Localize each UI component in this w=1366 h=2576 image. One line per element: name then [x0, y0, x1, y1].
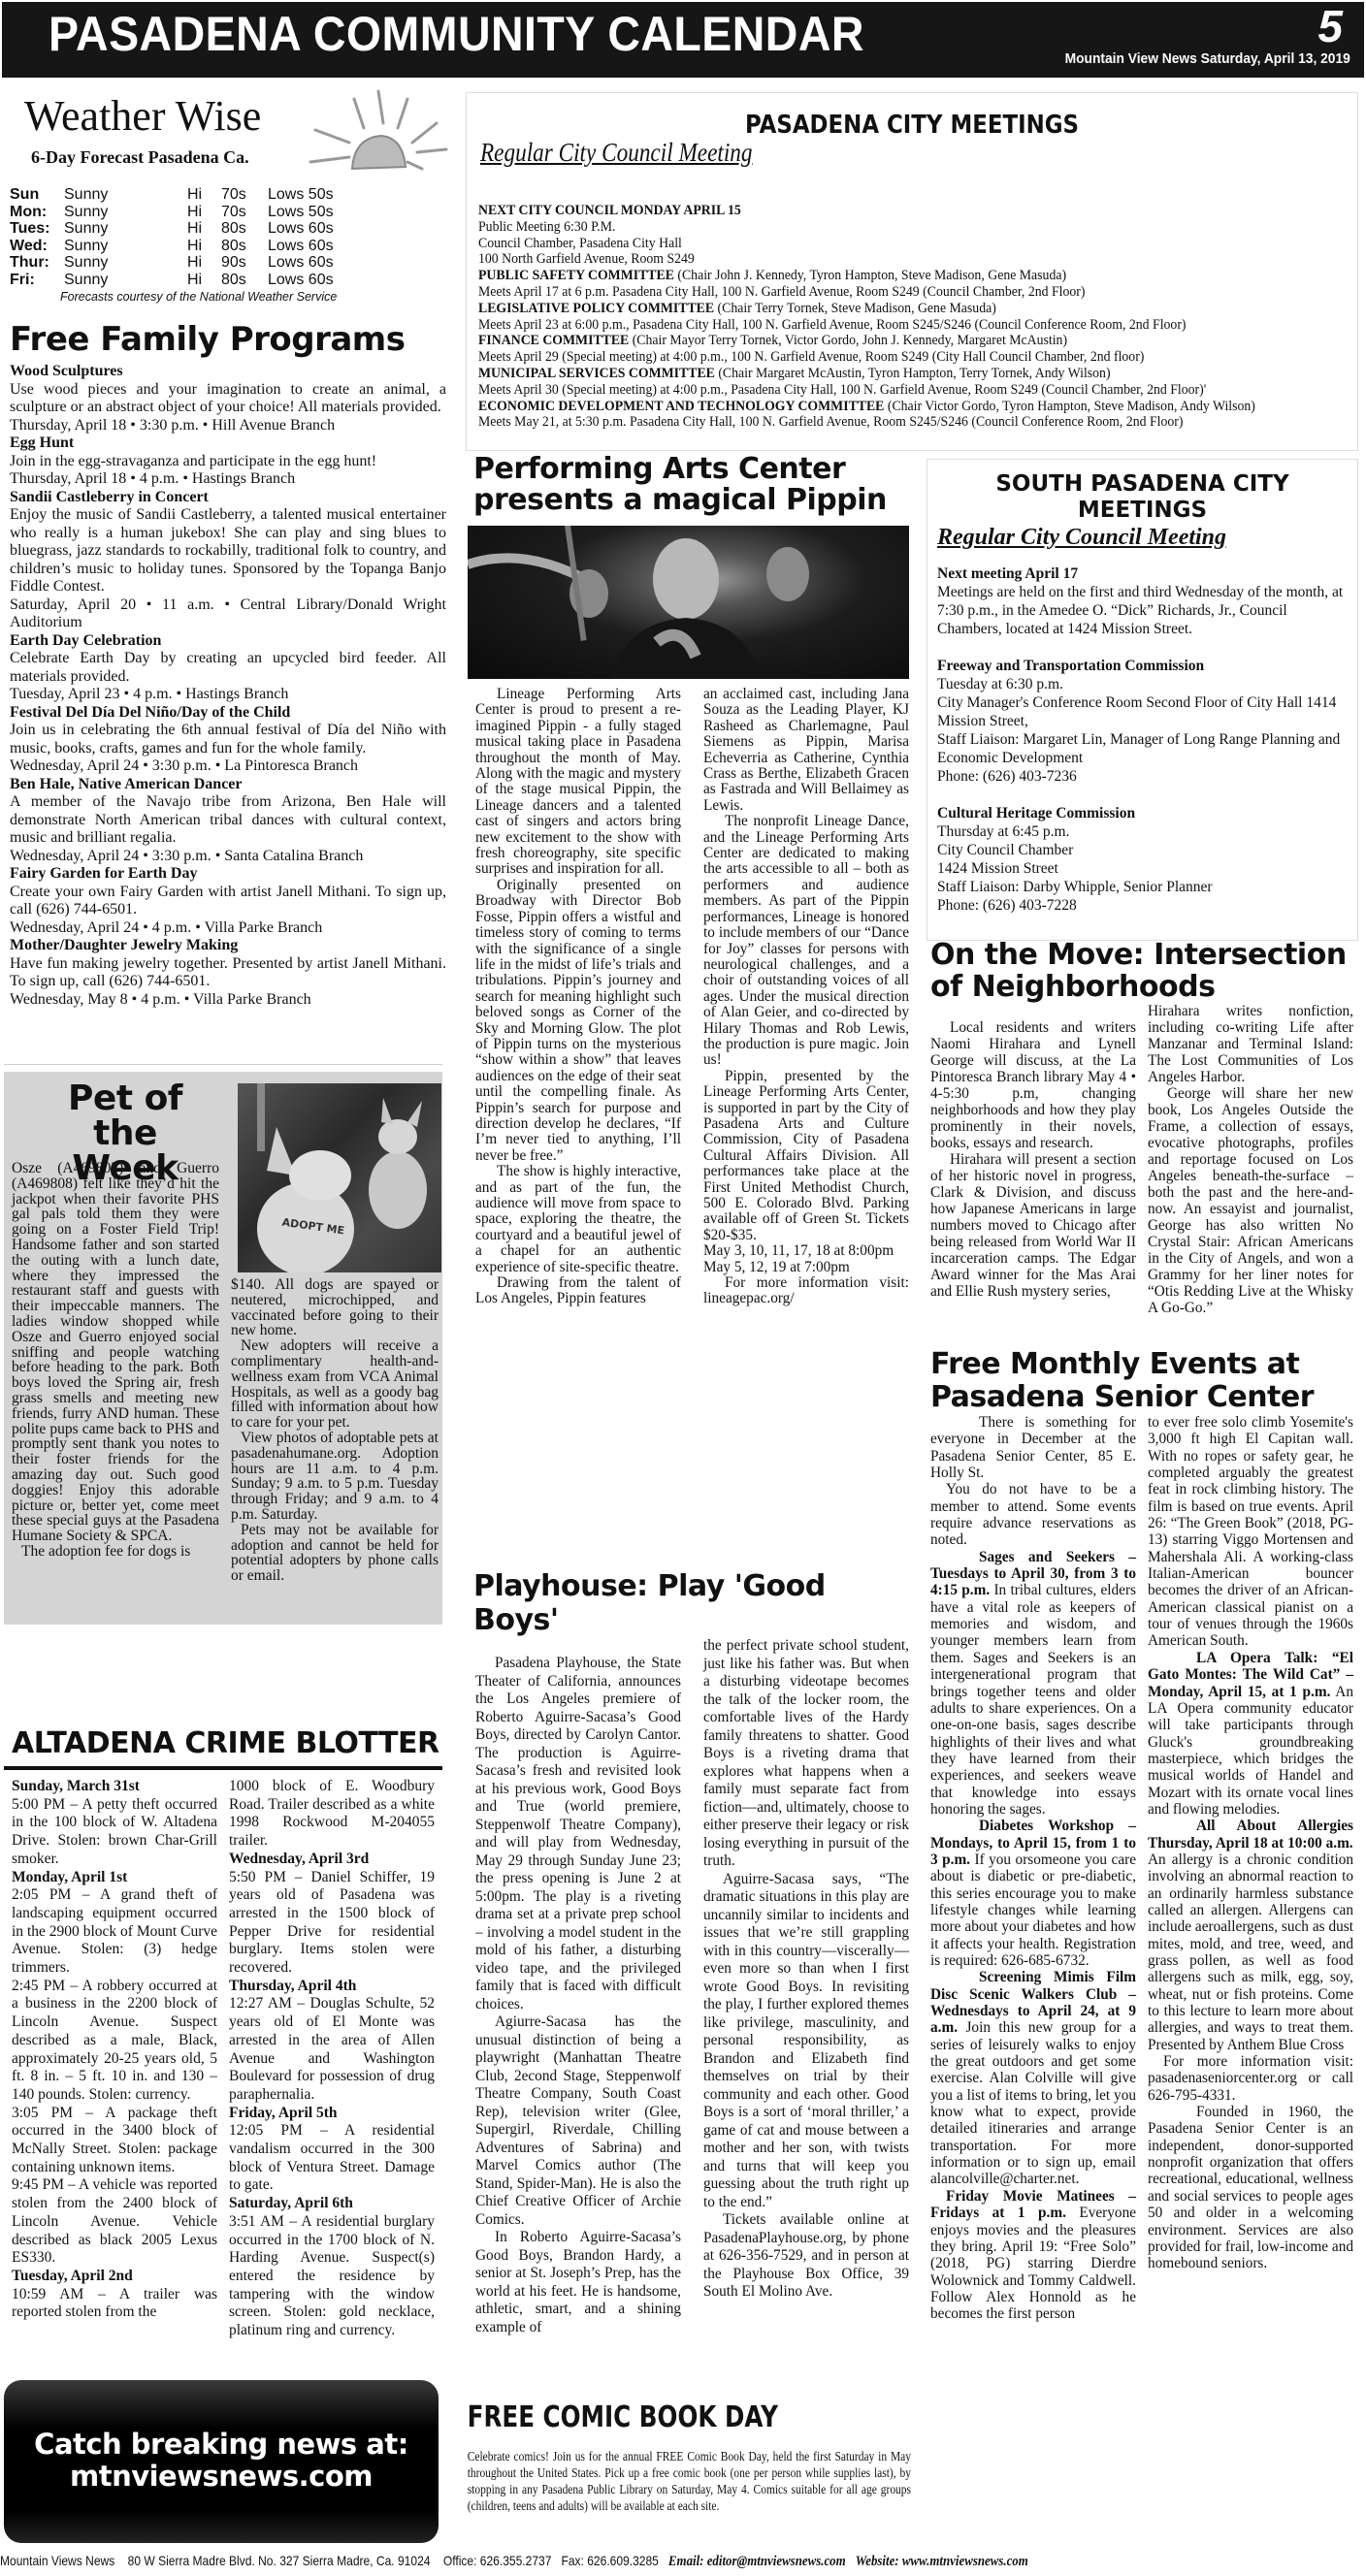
paragraph: Pippin, presented by the Lineage Perform… [703, 1069, 909, 1243]
paragraph: New adopters will receive a complimentar… [231, 1338, 439, 1431]
event-title: All About Allergies Thursday, April 18 a… [1148, 1818, 1353, 1851]
event-description: If you orsomeone you care about is diabe… [930, 1851, 1136, 1969]
forecast-low: Lows 50s [268, 186, 334, 204]
article-text: Celebrate comics! Join us for the annual… [466, 2448, 911, 2514]
forecast-row: Mon:SunnyHi70sLows 50s [10, 204, 334, 221]
forecast-hi-label: Hi [187, 238, 221, 255]
program-description: Join in the egg-stravaganza and particip… [10, 453, 446, 471]
event-description: to ever free solo climb Yosemite's 3,000… [1148, 1414, 1353, 1649]
forecast-day: Mon: [10, 204, 64, 221]
meeting-detail: Staff Liaison: Darby Whipple, Senior Pla… [937, 878, 1348, 896]
footer-website[interactable]: Website: www.mtnviewsnews.com [856, 2554, 1028, 2569]
event-paragraph: LA Opera Talk: “El Gato Montes: The Wild… [1148, 1650, 1353, 1818]
playhouse-article: Playhouse: Play 'Good Boys' Pasadena Pla… [464, 1569, 915, 2336]
forecast-hi-label: Hi [187, 254, 221, 272]
meeting-line: Meets April 30 (Special meeting) at 4:00… [478, 382, 1349, 399]
event-paragraph: For more information visit: pasadenaseni… [1148, 2053, 1353, 2104]
meeting-detail: Meets April 23 at 6:00 p.m., Pasadena Ci… [478, 317, 1187, 333]
forecast-low: Lows 60s [268, 238, 334, 255]
paragraph: George will share her new book, Los Ange… [1148, 1085, 1353, 1316]
event-paragraph: Screening Mimis Film Disc Scenic Walkers… [930, 1969, 1136, 2187]
forecast-hi: 90s [221, 254, 268, 272]
meeting-detail: Phone: (626) 403-7236 [937, 767, 1348, 786]
paragraph: Pasadena Playhouse, the State Theater of… [475, 1655, 681, 2013]
blotter-date: Saturday, April 6th [229, 2195, 435, 2213]
meeting-line: FINANCE COMMITTEE (Chair Mayor Terry Tor… [478, 333, 1349, 349]
blotter-entry: 3:05 PM – A package theft occurred in th… [12, 2105, 217, 2177]
free-family-programs: Free Family Programs Wood SculpturesUse … [10, 320, 446, 1009]
blotter-entry: 9:45 PM – A vehicle was reported stolen … [12, 2176, 217, 2268]
meeting-detail: (Chair Terry Tornek, Steve Madison, Gene… [714, 301, 996, 316]
footer-email[interactable]: Email: editor@mtnviewsnews.com [668, 2554, 846, 2569]
paragraph: $140. All dogs are spayed or neutered, m… [231, 1277, 439, 1338]
paragraph: View photos of adoptable pets at pasaden… [231, 1431, 439, 1523]
divider [4, 1064, 442, 1065]
article-col2: to ever free solo climb Yosemite's 3,000… [1148, 1414, 1353, 2323]
meeting-block: Freeway and Transportation CommissionTue… [937, 657, 1348, 786]
meeting-line: Public Meeting 6:30 P.M. [478, 219, 1349, 236]
program-description: Enjoy the music of Sandii Castleberry, a… [10, 506, 446, 596]
program-description: Join us in celebrating the 6th annual fe… [10, 722, 446, 757]
section-title: ALTADENA CRIME BLOTTER [4, 1726, 442, 1770]
committee-name: LEGISLATIVE POLICY COMMITTEE [478, 301, 714, 316]
program-schedule: Saturday, April 20 • 11 a.m. • Central L… [10, 596, 446, 632]
blotter-date: Sunday, March 31st [12, 1778, 217, 1796]
south-pasadena-meetings: SOUTH PASADENA CITYMEETINGS Regular City… [927, 459, 1358, 941]
forecast-table: SunSunnyHi70sLows 50sMon:SunnyHi70sLows … [10, 186, 334, 288]
event-paragraph: An allergy is a chronic condition involv… [1148, 1851, 1353, 2053]
program-item: Earth Day CelebrationCelebrate Earth Day… [10, 632, 446, 704]
paragraph: For more information visit: lineagepac.o… [703, 1275, 909, 1307]
program-item: Wood SculpturesUse wood pieces and your … [10, 363, 446, 435]
banner-line1: Catch breaking news at: [4, 2429, 439, 2461]
meeting-name: Cultural Heritage Commission [937, 804, 1348, 822]
blotter-date: Friday, April 5th [229, 2105, 435, 2123]
paragraph: Lineage Performing Arts Center is proud … [475, 687, 681, 878]
paragraph: Aguirre-Sacasa says, “The dramatic situa… [703, 1871, 909, 2212]
article-title: FREE COMIC BOOK DAY [466, 2400, 835, 2434]
meeting-detail: Meetings are held on the first and third… [937, 583, 1348, 638]
meeting-line: 100 North Garfield Avenue, Room S249 [478, 251, 1349, 268]
forecast-row: Wed:SunnyHi80sLows 60s [10, 238, 334, 255]
forecast-hi: 80s [221, 238, 268, 255]
forecast-day: Wed: [10, 238, 64, 255]
event-description: Join this new group for a series of leis… [930, 2019, 1136, 2187]
meeting-detail: Meets April 29 (Special meeting) at 4:00… [478, 349, 1144, 365]
paragraph: The show is highly interactive, and as p… [475, 1164, 681, 1275]
event-paragraph: Diabetes Workshop – Mondays, to April 15… [930, 1818, 1136, 1969]
committee-name: ECONOMIC DEVELOPMENT AND TECHNOLOGY COMM… [478, 399, 884, 414]
forecast-hi-label: Hi [187, 272, 221, 289]
blotter-entry: 3:51 AM – A residential burglary occurre… [229, 2213, 435, 2340]
program-item: Ben Hale, Native American DancerA member… [10, 776, 446, 866]
forecast-day: Sun [10, 186, 64, 204]
section-subtitle: Regular City Council Meeting [927, 524, 1357, 551]
meeting-detail: City Council Chamber [937, 841, 1348, 859]
paragraph: Local residents and writers Naomi Hiraha… [930, 1019, 1136, 1151]
forecast-row: Tues:SunnyHi80sLows 60s [10, 220, 334, 238]
forecast-hi: 80s [221, 220, 268, 238]
meeting-name: Freeway and Transportation Commission [937, 657, 1348, 675]
paragraph: Pets may not be available for adoption a… [231, 1523, 439, 1584]
event-paragraph: Sages and Seekers – Tuesdays to April 30… [930, 1549, 1136, 1819]
article-title: Playhouse: Play 'Good Boys' [464, 1569, 915, 1637]
pet-photo: ADOPT ME [238, 1083, 441, 1272]
on-the-move-article: On the Move: Intersectionof Neighborhood… [927, 939, 1363, 1316]
event-paragraph: You do not have to be a member to attend… [930, 1481, 1136, 1548]
article-title: Performing Arts Center presents a magica… [464, 454, 915, 516]
paragraph: May 3, 10, 11, 17, 18 at 8:00pm [703, 1243, 909, 1259]
meeting-detail: Meets April 30 (Special meeting) at 4:00… [478, 382, 1206, 398]
meeting-detail: Meets April 17 at 6 p.m. Pasadena City H… [478, 284, 1085, 300]
forecast-condition: Sunny [64, 220, 187, 238]
event-paragraph: to ever free solo climb Yosemite's 3,000… [1148, 1414, 1353, 1650]
pippin-article: Performing Arts Center presents a magica… [464, 454, 915, 1307]
chihuahua-icon: ADOPT ME [238, 1083, 441, 1272]
paragraph: The nonprofit Lineage Dance, and the Lin… [703, 814, 909, 1069]
meeting-line: Meets April 23 at 6:00 p.m., Pasadena Ci… [478, 317, 1349, 334]
program-schedule: Wednesday, April 24 • 3:30 p.m. • La Pin… [10, 757, 446, 776]
program-name: Fairy Garden for Earth Day [10, 865, 446, 884]
comic-book-day: FREE COMIC BOOK DAY Celebrate comics! Jo… [466, 2400, 917, 2514]
forecast-hi: 80s [221, 272, 268, 289]
meeting-detail: Tuesday at 6:30 p.m. [937, 675, 1348, 693]
event-paragraph: Founded in 1960, the Pasadena Senior Cen… [1148, 2104, 1353, 2271]
weather-credit: Forecasts courtesy of the National Weath… [60, 290, 337, 304]
article-title: On the Move: Intersectionof Neighborhood… [927, 939, 1363, 1003]
footer-paper: Mountain Views News [0, 2553, 114, 2568]
blotter-date: Tuesday, April 2nd [12, 2268, 217, 2286]
paragraph: May 5, 12, 19 at 7:00pm [703, 1260, 909, 1275]
meeting-line: LEGISLATIVE POLICY COMMITTEE (Chair Terr… [478, 301, 1349, 317]
blotter-entry: 2:05 PM – A grand theft of landscaping e… [12, 1886, 217, 1978]
page-number: 5 [1317, 0, 1343, 52]
program-description: Celebrate Earth Day by creating an upcyc… [10, 650, 446, 686]
program-description: Use wood pieces and your imagination to … [10, 381, 446, 417]
event-description: You do not have to be a member to attend… [930, 1481, 1136, 1548]
program-name: Ben Hale, Native American Dancer [10, 776, 446, 794]
forecast-row: SunSunnyHi70sLows 50s [10, 186, 334, 204]
blotter-entry: 10:59 AM – A trailer was reported stolen… [12, 2286, 217, 2322]
section-title: SOUTH PASADENA CITYMEETINGS [927, 471, 1357, 524]
forecast-condition: Sunny [64, 204, 187, 221]
event-description: In tribal cultures, elders have a vital … [930, 1582, 1136, 1817]
program-item: Mother/Daughter Jewelry MakingHave fun m… [10, 937, 446, 1009]
blotter-entry: 12:05 PM – A residential vandalism occur… [229, 2122, 435, 2195]
paragraph: Agiurre-Sacasa has the unusual distincti… [475, 2013, 681, 2229]
committee-name: NEXT CITY COUNCIL MONDAY APRIL 15 [478, 203, 741, 218]
forecast-hi: 70s [221, 204, 268, 221]
pippin-photo [468, 526, 909, 679]
meeting-line: Council Chamber, Pasadena City Hall [478, 236, 1349, 252]
pet-text-col1: Osze (A469807) and Guerro (A469808) felt… [12, 1161, 219, 1560]
program-schedule: Wednesday, April 24 • 4 p.m. • Villa Par… [10, 919, 446, 938]
meeting-detail: (Chair Margaret McAustin, Tyron Hampton,… [715, 366, 1111, 381]
meeting-line: PUBLIC SAFETY COMMITTEE (Chair John J. K… [478, 268, 1349, 284]
article-col1: Pasadena Playhouse, the State Theater of… [475, 1637, 681, 2336]
forecast-hi: 70s [221, 186, 268, 204]
paragraph: In Roberto Aguirre-Sacasa’s Good Boys, B… [475, 2229, 681, 2336]
footer-address: 80 W Sierra Madre Blvd. No. 327 Sierra M… [128, 2553, 431, 2568]
article-col1: Lineage Performing Arts Center is proud … [475, 687, 681, 1307]
blotter-entry: 2:45 PM – A robbery occurred at a busine… [12, 1978, 217, 2105]
meeting-line: Meets April 17 at 6 p.m. Pasadena City H… [478, 284, 1349, 301]
paragraph: Drawing from the talent of Los Angeles, … [475, 1275, 681, 1307]
meeting-line: MUNICIPAL SERVICES COMMITTEE (Chair Marg… [478, 366, 1349, 382]
weather-subtitle: 6-Day Forecast Pasadena Ca. [31, 147, 249, 168]
meeting-detail: 100 North Garfield Avenue, Room S249 [478, 251, 695, 267]
dancers-icon [468, 526, 909, 679]
paragraph: the perfect private school student, just… [703, 1637, 909, 1871]
event-paragraph: Friday Movie Matinees – Fridays at 1 p.m… [930, 2188, 1136, 2323]
paragraph: The adoption fee for dogs is [12, 1544, 219, 1560]
pet-of-the-week: Pet of theWeek ADOPT ME Osze (A469807) a… [4, 1072, 442, 1625]
blotter-entry: 5:00 PM – A petty theft occurred in the … [12, 1796, 217, 1869]
program-name: Egg Hunt [10, 435, 446, 453]
program-description: A member of the Navajo tribe from Arizon… [10, 793, 446, 848]
footer-office: Office: 626.355.2737 [443, 2553, 552, 2568]
blotter-date: Thursday, April 4th [229, 1978, 435, 1996]
program-schedule: Wednesday, April 24 • 3:30 p.m. • Santa … [10, 848, 446, 866]
program-description: Create your own Fairy Garden with artist… [10, 884, 446, 919]
article-title: Free Monthly Events atPasadena Senior Ce… [927, 1348, 1363, 1414]
forecast-row: Thur:SunnyHi90sLows 60s [10, 254, 334, 272]
dateline: Mountain View News Saturday, April 13, 2… [1065, 50, 1350, 67]
event-description: An LA Opera community educator will take… [1148, 1684, 1353, 1818]
forecast-condition: Sunny [64, 186, 187, 204]
blotter-entry: 5:50 PM – Daniel Schiffer, 19 years old … [229, 1869, 435, 1978]
paragraph: Hirahara will present a section of her h… [930, 1151, 1136, 1300]
forecast-low: Lows 60s [268, 272, 334, 289]
meeting-line: NEXT CITY COUNCIL MONDAY APRIL 15 [478, 203, 1349, 219]
forecast-hi-label: Hi [187, 204, 221, 221]
paragraph: Osze (A469807) and Guerro (A469808) felt… [12, 1161, 219, 1544]
breaking-news-banner[interactable]: Catch breaking news at: mtnviewsnews.com [4, 2380, 439, 2543]
forecast-condition: Sunny [64, 254, 187, 272]
meeting-block: Cultural Heritage CommissionThursday at … [937, 804, 1348, 915]
forecast-hi-label: Hi [187, 186, 221, 204]
meeting-line: Meets May 21, at 5:30 p.m. Pasadena City… [478, 414, 1349, 431]
committee-name: MUNICIPAL SERVICES COMMITTEE [478, 366, 715, 381]
meeting-detail: Meets May 21, at 5:30 p.m. Pasadena City… [478, 414, 1183, 430]
program-name: Sandii Castleberry in Concert [10, 489, 446, 507]
forecast-condition: Sunny [64, 272, 187, 289]
forecast-day: Fri: [10, 272, 64, 289]
meeting-name: Next meeting April 17 [937, 564, 1348, 583]
program-item: Festival Del Día Del Niño/Day of the Chi… [10, 704, 446, 776]
article-col2: an acclaimed cast, including Jana Souza … [703, 687, 909, 1307]
event-description: There is something for everyone in Decem… [930, 1414, 1136, 1481]
weather-title: Weather Wise [24, 91, 261, 141]
meeting-line: Meets April 29 (Special meeting) at 4:00… [478, 349, 1349, 366]
meeting-detail: Thursday at 6:45 p.m. [937, 822, 1348, 841]
program-name: Wood Sculptures [10, 363, 446, 381]
meeting-line: ECONOMIC DEVELOPMENT AND TECHNOLOGY COMM… [478, 399, 1349, 415]
forecast-low: Lows 60s [268, 220, 334, 238]
program-description: Have fun making jewelry together. Presen… [10, 955, 446, 991]
section-subtitle: Regular City Council Meeting [480, 138, 753, 168]
program-item: Fairy Garden for Earth DayCreate your ow… [10, 865, 446, 937]
section-title: Free Family Programs [10, 320, 446, 359]
forecast-day: Thur: [10, 254, 64, 272]
meeting-detail: (Chair Victor Gordo, Tyron Hampton, Stev… [884, 399, 1254, 414]
program-schedule: Thursday, April 18 • 3:30 p.m. • Hill Av… [10, 417, 446, 435]
forecast-row: Fri:SunnyHi80sLows 60s [10, 272, 334, 289]
forecast-hi-label: Hi [187, 220, 221, 238]
event-description: Founded in 1960, the Pasadena Senior Cen… [1148, 2104, 1353, 2271]
meetings-list: NEXT CITY COUNCIL MONDAY APRIL 15Public … [478, 203, 1349, 431]
meeting-detail: (Chair Mayor Terry Tornek, Victor Gordo,… [629, 333, 1067, 348]
forecast-low: Lows 60s [268, 254, 334, 272]
meetings-list: Next meeting April 17Meetings are held o… [927, 551, 1357, 915]
program-item: Egg HuntJoin in the egg-stravaganza and … [10, 435, 446, 489]
footer-fax: Fax: 626.609.3285 [561, 2553, 658, 2568]
event-paragraph: There is something for everyone in Decem… [930, 1414, 1136, 1481]
blotter-date: Monday, April 1st [12, 1869, 217, 1887]
meeting-detail: City Manager's Conference Room Second Fl… [937, 693, 1348, 730]
event-title: LA Opera Talk: “El Gato Montes: The Wild… [1148, 1650, 1353, 1700]
pasadena-city-meetings: PASADENA CITY MEETINGS Regular City Coun… [466, 92, 1358, 451]
meeting-detail: 1424 Mission Street [937, 859, 1348, 878]
program-name: Earth Day Celebration [10, 632, 446, 651]
blotter-entry: 12:27 AM – Douglas Schulte, 52 years old… [229, 1995, 435, 2104]
crime-col1: Sunday, March 31st5:00 PM – A petty thef… [12, 1778, 217, 2340]
meeting-detail: Phone: (626) 403-7228 [937, 896, 1348, 915]
paragraph: an acclaimed cast, including Jana Souza … [703, 687, 909, 814]
program-schedule: Thursday, April 18 • 4 p.m. • Hastings B… [10, 470, 446, 489]
footer: Mountain Views News 80 W Sierra Madre Bl… [0, 2553, 1175, 2576]
title-line2: presents a magical Pippin [473, 483, 887, 517]
event-description: For more information visit: pasadenaseni… [1148, 2053, 1353, 2104]
meeting-block: Next meeting April 17Meetings are held o… [937, 564, 1348, 638]
forecast-low: Lows 50s [268, 204, 334, 221]
blotter-entry: 1000 block of E. Woodbury Road. Trailer … [229, 1778, 435, 1851]
program-name: Festival Del Día Del Niño/Day of the Chi… [10, 704, 446, 723]
blotter-date: Wednesday, April 3rd [229, 1851, 435, 1869]
article-col2: Hirahara writes nonfiction, including co… [1148, 1003, 1353, 1316]
meeting-detail: Council Chamber, Pasadena City Hall [478, 236, 682, 251]
meeting-detail: Public Meeting 6:30 P.M. [478, 219, 615, 235]
article-col1: There is something for everyone in Decem… [930, 1414, 1136, 2323]
event-description: Everyone enjoys movies and the pleasures… [930, 2205, 1136, 2322]
article-col2: the perfect private school student, just… [703, 1637, 909, 2336]
event-description: An allergy is a chronic condition involv… [1148, 1851, 1353, 2053]
title-line1: Performing Arts Center [473, 452, 845, 486]
committee-name: FINANCE COMMITTEE [478, 333, 629, 348]
crime-blotter: ALTADENA CRIME BLOTTER Sunday, March 31s… [4, 1726, 442, 2340]
masthead: PASADENA COMMUNITY CALENDAR 5 Mountain V… [2, 2, 1364, 78]
forecast-condition: Sunny [64, 238, 187, 255]
paragraph: Originally presented on Broadway with Di… [475, 878, 681, 1164]
program-list: Wood SculpturesUse wood pieces and your … [10, 363, 446, 1009]
meeting-detail: Staff Liaison: Margaret Lin, Manager of … [937, 730, 1348, 767]
meeting-detail: (Chair John J. Kennedy, Tyron Hampton, S… [674, 268, 1066, 283]
event-paragraph: All About Allergies Thursday, April 18 a… [1148, 1818, 1353, 1851]
program-schedule: Wednesday, May 8 • 4 p.m. • Villa Parke … [10, 991, 446, 1010]
pet-text-col2: $140. All dogs are spayed or neutered, m… [231, 1277, 439, 1584]
weather-section: Weather Wise 6-Day Forecast Pasadena Ca.… [10, 89, 446, 322]
program-name: Mother/Daughter Jewelry Making [10, 937, 446, 955]
program-schedule: Tuesday, April 23 • 4 p.m. • Hastings Br… [10, 686, 446, 704]
program-item: Sandii Castleberry in ConcertEnjoy the m… [10, 489, 446, 632]
article-col1: Local residents and writers Naomi Hiraha… [930, 1003, 1136, 1316]
banner-link[interactable]: mtnviewsnews.com [4, 2461, 439, 2493]
committee-name: PUBLIC SAFETY COMMITTEE [478, 268, 674, 283]
forecast-day: Tues: [10, 220, 64, 238]
senior-center-article: Free Monthly Events atPasadena Senior Ce… [927, 1348, 1363, 2323]
section-title: PASADENA CITY MEETINGS [520, 111, 1304, 140]
page-title: PASADENA COMMUNITY CALENDAR [49, 6, 864, 62]
paragraph: Tickets available online at PasadenaPlay… [703, 2211, 909, 2302]
crime-col2: 1000 block of E. Woodbury Road. Trailer … [229, 1778, 435, 2340]
paragraph: Hirahara writes nonfiction, including co… [1148, 1003, 1353, 1085]
sun-icon [306, 89, 451, 181]
